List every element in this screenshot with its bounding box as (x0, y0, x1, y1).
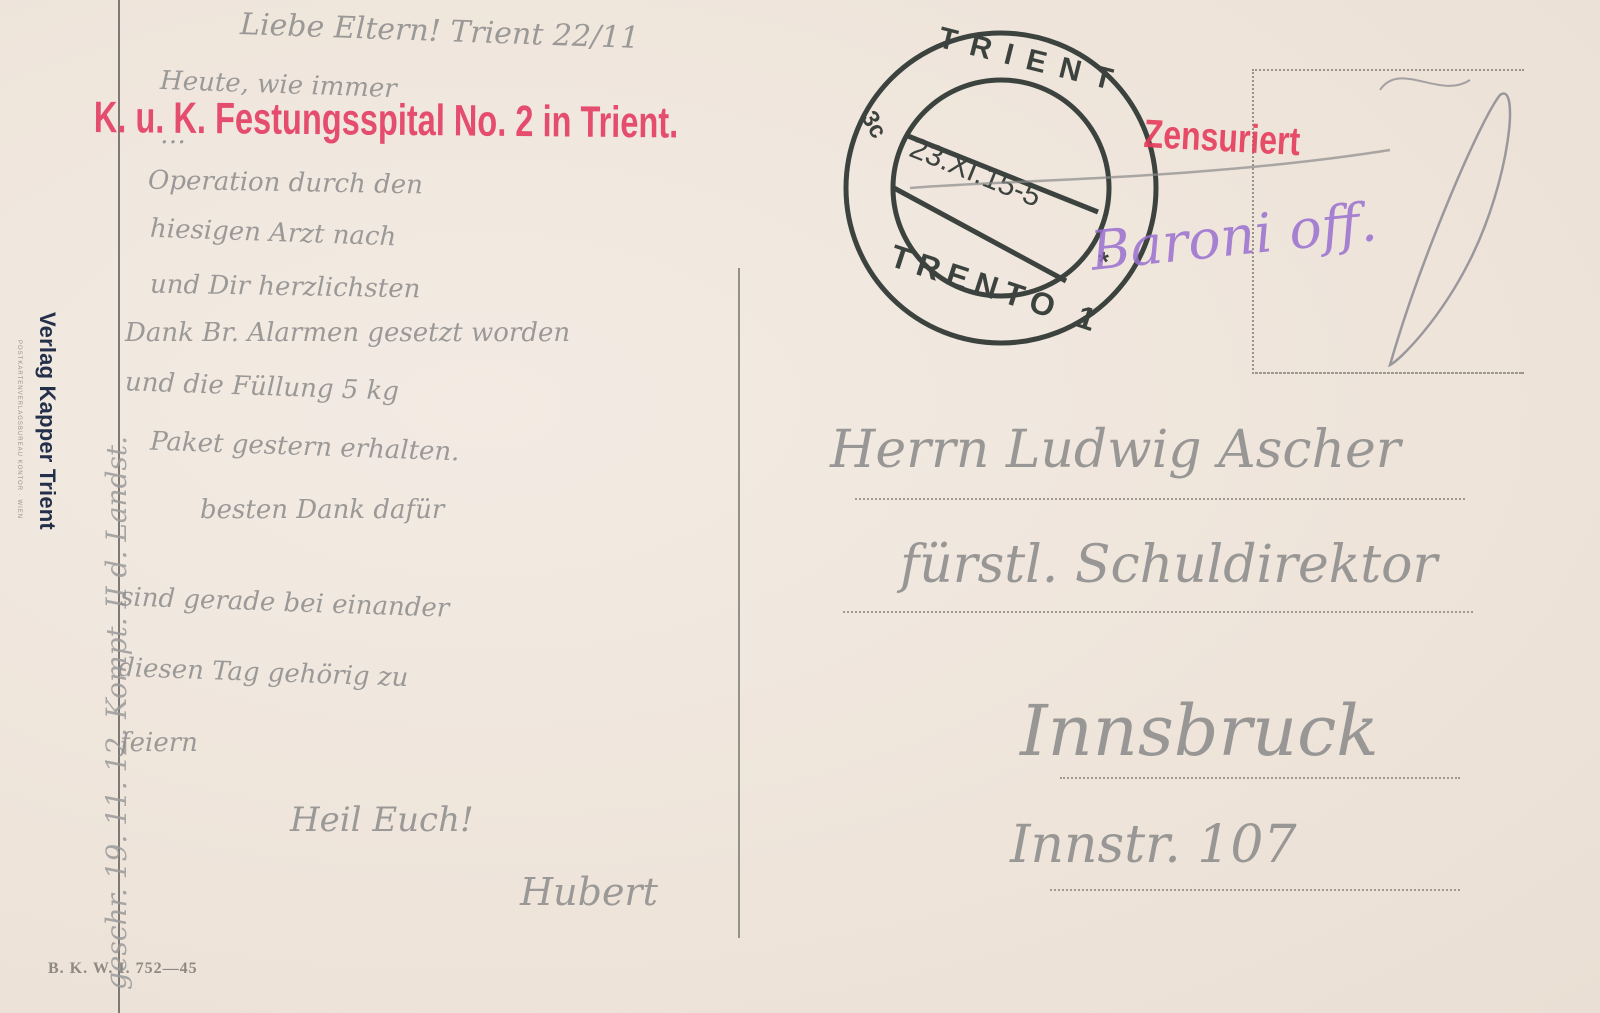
address-title: fürstl. Schuldirektor (900, 535, 1437, 595)
address-line-rule (855, 498, 1465, 500)
message-line: Operation durch den (148, 166, 423, 201)
message-line: und die Füllung 5 kg (125, 367, 400, 407)
publisher-imprint: Verlag Kapper Trient (32, 312, 60, 632)
address-line-rule (1256, 372, 1522, 374)
message-line: Paket gestern erhalten. (150, 427, 460, 468)
postcard: Verlag Kapper Trient POSTKARTENVERLAGSBU… (0, 0, 1600, 1013)
message-line: hiesigen Arzt nach (150, 214, 397, 253)
address-line-rule (843, 611, 1473, 613)
hospital-stamp: K. u. K. Festungsspital No. 2 in Trient. (94, 93, 679, 149)
margin-note: geschr. 19. 11. 12. Kompt. II d. Landst. (100, 436, 133, 990)
publisher-small-print: POSTKARTENVERLAGSBUREAU KONTOR · WIEN (16, 340, 22, 519)
center-divider-rule (738, 268, 740, 938)
message-line: feiern (120, 728, 198, 758)
signature: Hubert (520, 870, 658, 914)
message-line: Dank Br. Alarmen gesetzt worden (125, 318, 570, 348)
address-city: Innsbruck (1020, 690, 1379, 772)
message-line: Liebe Eltern! Trient 22/11 (240, 7, 640, 56)
address-street: Innstr. 107 (1010, 815, 1297, 875)
message-line: Heil Euch! (290, 800, 474, 840)
message-line: diesen Tag gehörig zu (118, 653, 409, 693)
address-recipient: Herrn Ludwig Ascher (830, 420, 1401, 480)
address-line-rule (1060, 777, 1460, 779)
print-code: B. K. W. I. 752—45 (48, 960, 198, 978)
censor-stamp: Zensuriert (1143, 112, 1302, 165)
message-line: und Dir herzlichsten (150, 270, 421, 305)
address-line-rule (1050, 889, 1460, 891)
postmark: TRIENT TRENTO 1 3c 23.XI.15-5 * (836, 16, 1166, 356)
message-line: besten Dank dafür (200, 495, 444, 525)
message-line: sind gerade bei einander (120, 582, 450, 623)
